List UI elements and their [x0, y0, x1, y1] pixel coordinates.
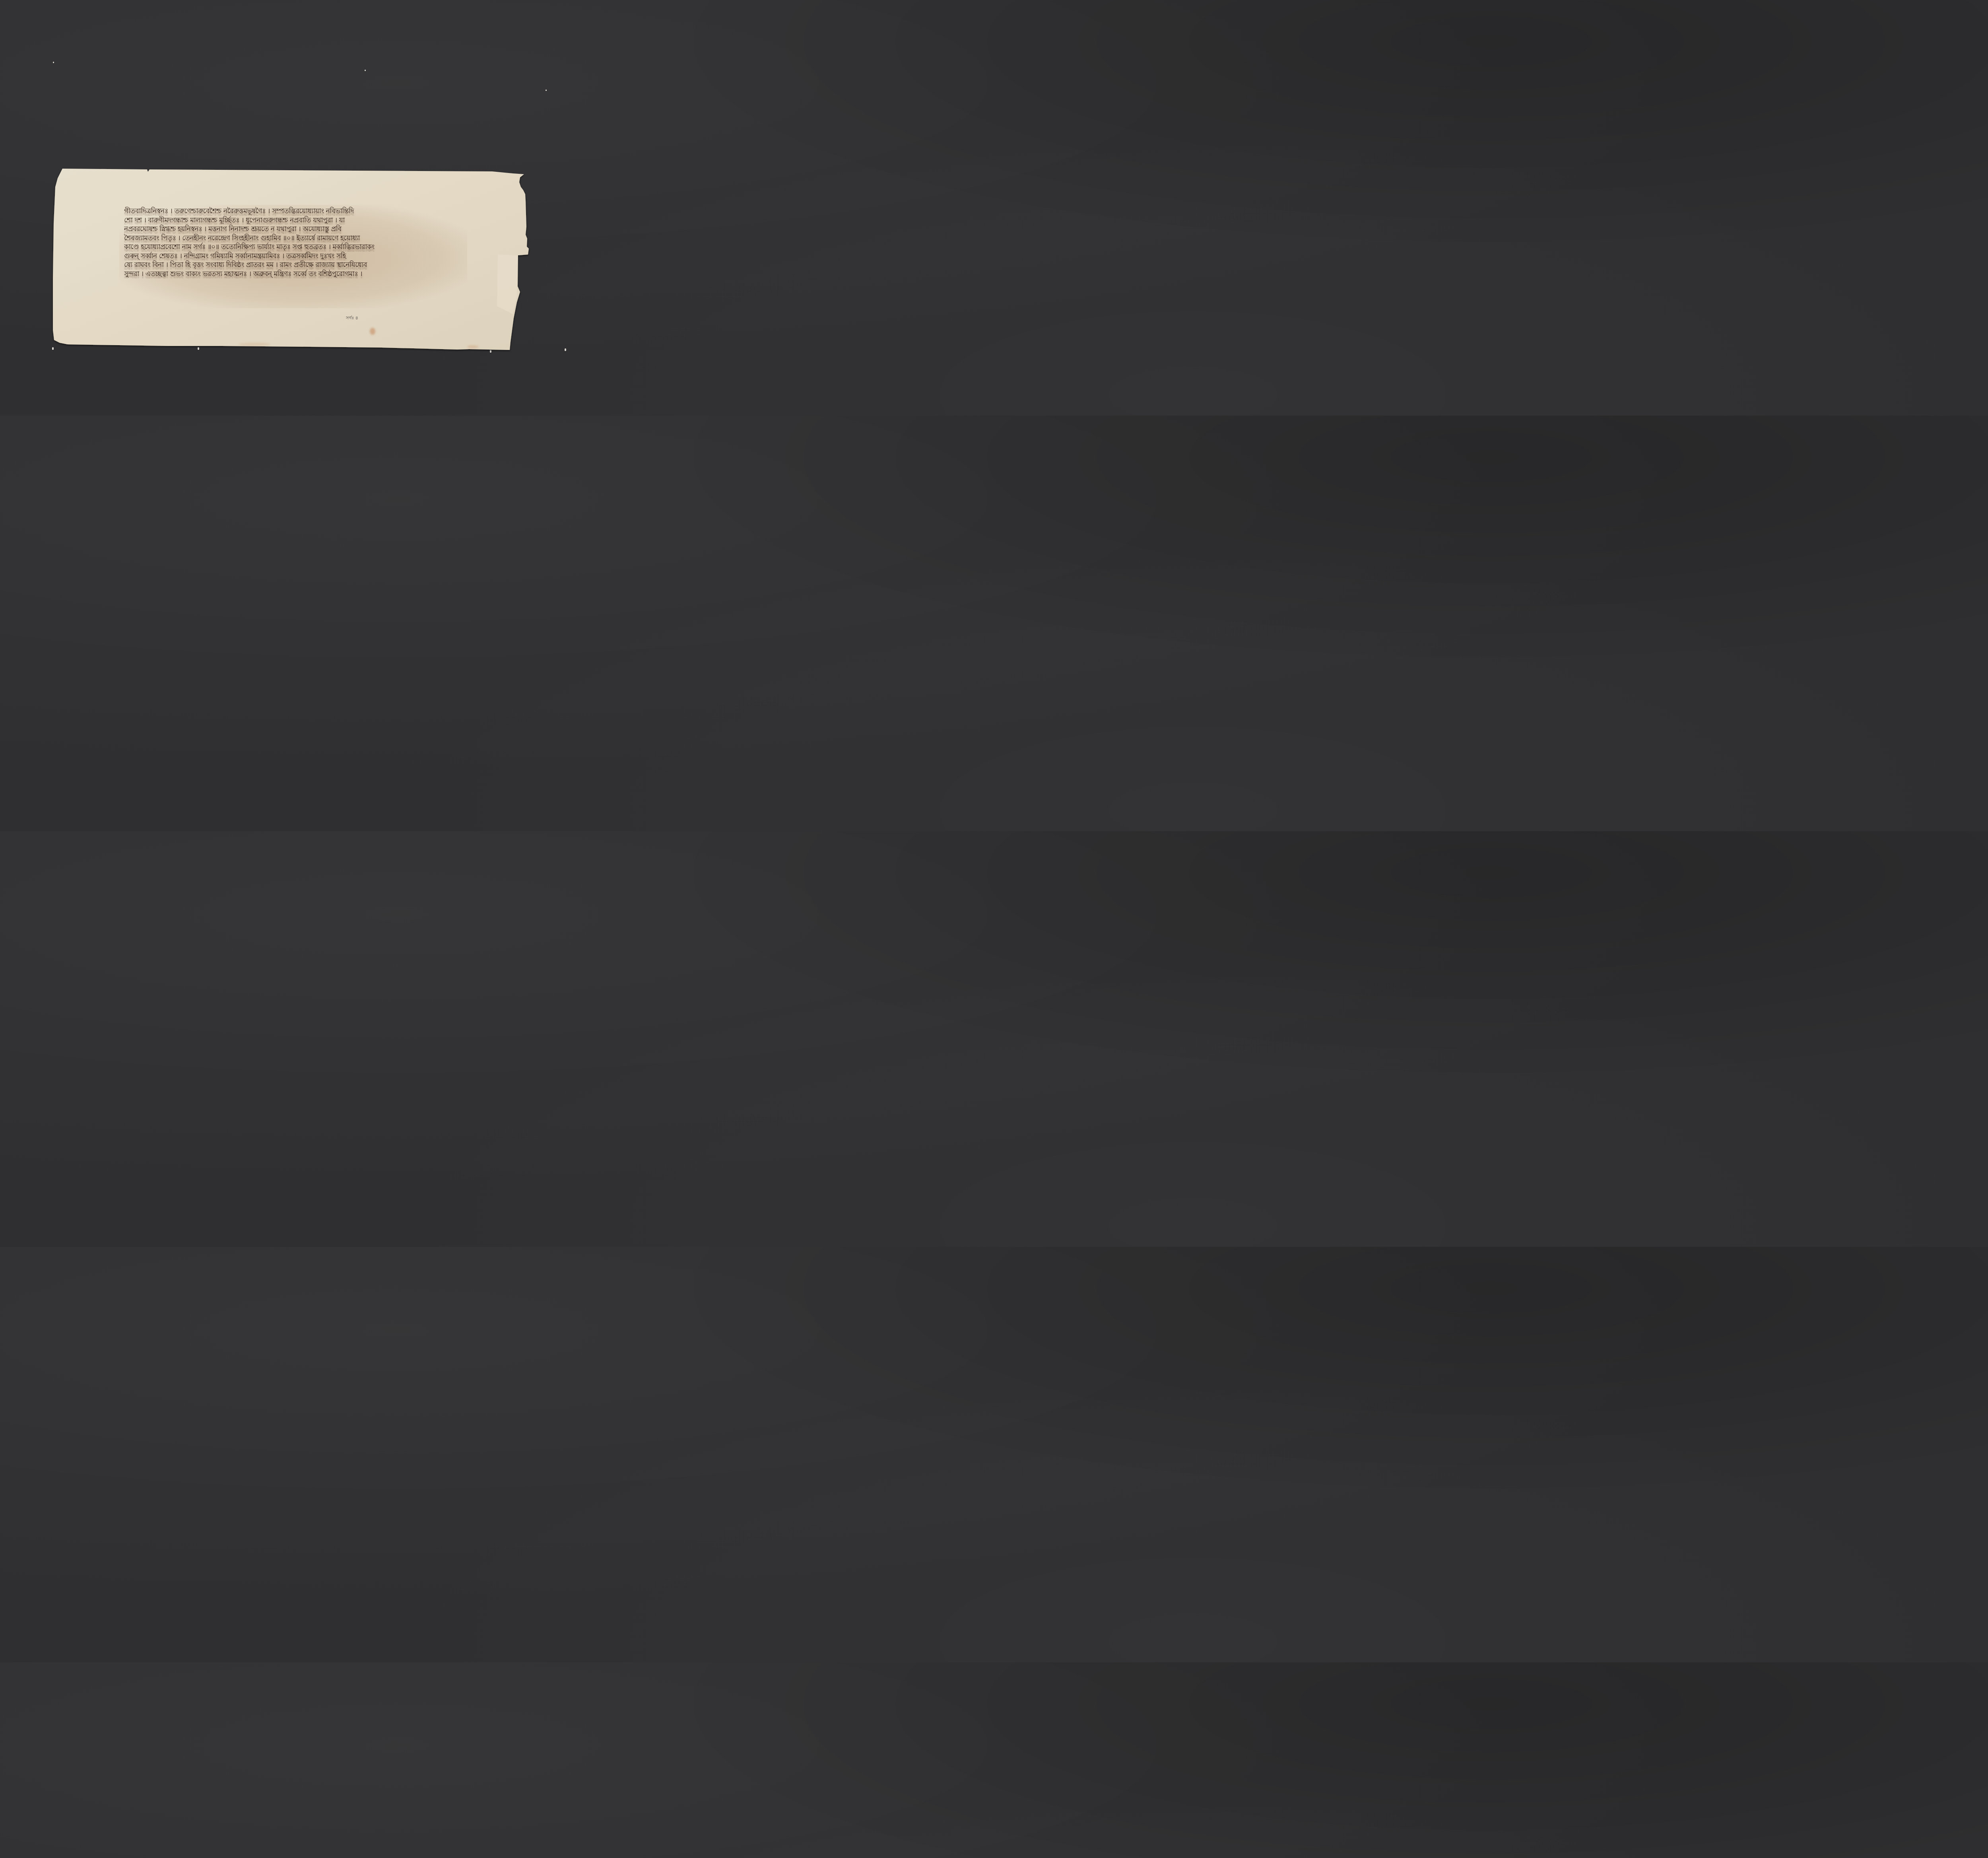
- manuscript-line: গুৰুন্ সৰ্ব্বান শেষতঃ । নন্দিগ্রামং গমিষ…: [124, 252, 466, 261]
- manuscript-line: সুন্দরা । এতচ্ছত্বা শুভং বাক্যং ভরতস্য ম…: [124, 270, 466, 279]
- stain: [467, 345, 478, 348]
- stain: [370, 328, 375, 335]
- manuscript-line: গীতবাদিত্রনিস্বনঃ । তরুণেশ্চারুবেশৈশ্চ ন…: [124, 207, 466, 216]
- manuscript-text-block: গীতবাদিত্রনিস্বনঃ । তরুণেশ্চারুবেশৈশ্চ ন…: [124, 207, 466, 278]
- photograph-stage: গীতবাদিত্রনিস্বনঃ । তরুণেশ্চারুবেশৈশ্চ ন…: [0, 0, 623, 416]
- manuscript-line: ষ্যে রাঘবং বিনা । পিতা হি বৃত্তং সংবাধ্য…: [124, 260, 466, 270]
- manuscript-line: কাণ্ডে হযোধ্যাপ্রবেশো নাম সর্গঃ ॥০॥ ততোন…: [124, 243, 466, 252]
- manuscript-line: শো দশ । বারুণীমদগন্ধাশ্চ মাল্যগন্ধশ্চ মূ…: [124, 216, 466, 225]
- stain: [239, 343, 270, 346]
- folio-number: সর্গঃ ৪: [346, 315, 358, 322]
- manuscript-line: নপ্রবরঘোষশ্চ স্নিগ্ধশ্চ হয়নিস্বনঃ । মত্…: [124, 225, 466, 234]
- manuscript-line: শৈৰজ্যামতবং পিতৃঃ । তেনহীনং নরেন্দ্রেণ স…: [124, 234, 466, 243]
